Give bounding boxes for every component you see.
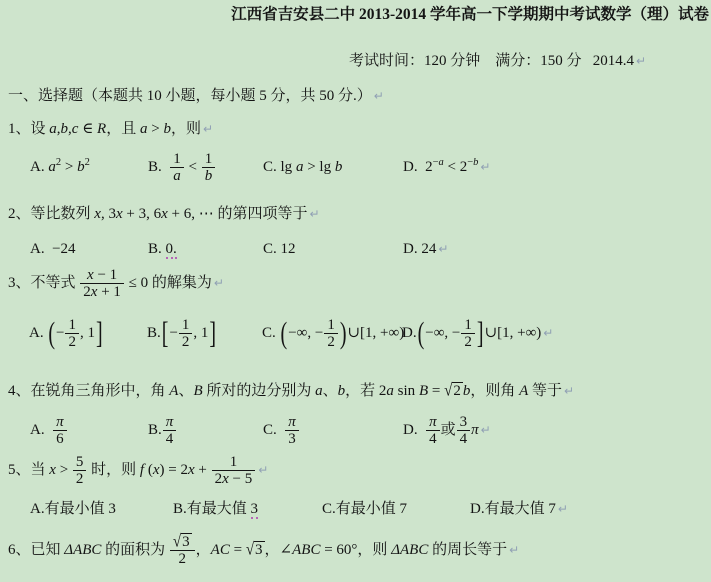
- numerator: 1: [202, 151, 216, 167]
- question-6-stem: 6、已知 ΔABC 的面积为 √32，AC = √3，∠ABC = 60°，则 …: [8, 534, 519, 567]
- fraction: 34: [456, 414, 472, 447]
- numerator: 1: [65, 317, 79, 333]
- denominator: 2: [324, 333, 338, 350]
- option-a: A. −24: [30, 240, 148, 259]
- paragraph-mark-icon: ↵: [481, 423, 491, 437]
- numerator: 1: [324, 317, 338, 333]
- denominator: 2: [73, 470, 87, 487]
- option-a: A. π6: [30, 414, 148, 447]
- option-b: B.π4: [148, 414, 263, 447]
- math-variable: a: [48, 159, 56, 175]
- superscript: −a: [433, 157, 444, 168]
- denominator: 4: [163, 430, 177, 447]
- math-variable: c: [72, 121, 79, 137]
- math-variable: B: [193, 383, 202, 399]
- math-variable: a: [296, 159, 304, 175]
- paragraph-mark-icon: ↵: [309, 207, 319, 221]
- denominator: 2: [65, 333, 79, 350]
- option-b: B. 0.: [148, 240, 263, 259]
- question-3-stem: 3、不等式 x − 12x + 1 ≤ 0 的解集为↵: [8, 267, 224, 300]
- option-d: D. π4或34π↵: [403, 414, 491, 447]
- denominator: 4: [426, 430, 440, 447]
- math-variable: x: [94, 206, 101, 222]
- question-5-options: A.有最小值 3B.有最大值 3C.有最小值 7D.有最大值 7↵: [30, 500, 568, 519]
- option-c: C. 12: [263, 240, 403, 259]
- denominator: 6: [53, 430, 67, 447]
- math-variable: b: [335, 159, 343, 175]
- math-variable: b: [61, 121, 69, 137]
- option-c: C. (−∞, −12)∪[1, +∞): [262, 317, 402, 350]
- fraction: 12: [323, 317, 339, 350]
- document-page: { "page": { "background_color": "#cee4cc…: [0, 0, 711, 582]
- question-1-options: A. a2 > b2B. 1a < 1bC. lg a > lg bD. 2−a…: [30, 151, 490, 184]
- fraction: 1a: [169, 151, 185, 184]
- math-variable: π: [471, 422, 479, 438]
- denominator: 3: [285, 430, 299, 447]
- question-1-stem: 1、设 a,b,c ∈ R，且 a > b，则↵: [8, 120, 213, 139]
- math-variable: b: [463, 383, 471, 399]
- numerator: 1: [170, 151, 184, 167]
- numerator: 1: [179, 317, 193, 333]
- paragraph-mark-icon: ↵: [564, 384, 574, 398]
- radicand: 3: [181, 533, 192, 550]
- math-variable: b: [338, 383, 346, 399]
- fraction: √32: [169, 534, 196, 567]
- paragraph-mark-icon: ↵: [636, 54, 646, 68]
- paragraph-mark-icon: ↵: [374, 89, 384, 103]
- numerator: √3: [170, 534, 195, 550]
- numerator: π: [426, 414, 440, 430]
- numerator: 1: [461, 317, 475, 333]
- big-delimiter: ]: [209, 317, 216, 348]
- math-variable: x: [87, 267, 94, 283]
- option-b: B. 1a < 1b: [148, 151, 263, 184]
- math-variable: x: [49, 462, 56, 478]
- option-c: C.有最小值 7: [322, 500, 470, 519]
- numerator: 5: [73, 454, 87, 470]
- section-heading: 一、选择题（本题共 10 小题，每小题 5 分，共 50 分.）↵: [8, 87, 384, 106]
- fraction: π4: [162, 414, 178, 447]
- big-delimiter: (: [418, 317, 425, 348]
- numerator: π: [285, 414, 299, 430]
- radical: √3: [173, 534, 192, 550]
- question-4-stem: 4、在锐角三角形中，角 A、B 所对的边分别为 a、b，若 2a sin B =…: [8, 382, 574, 401]
- radicand: 2: [452, 382, 463, 399]
- option-b: B.[−12, 1]: [147, 317, 262, 350]
- big-delimiter: (: [281, 317, 288, 348]
- spellcheck-underlined-text: 0.: [166, 241, 177, 259]
- exam-title: 江西省吉安县二中 2013-2014 学年高一下学期期中考试数学（理）试卷: [0, 5, 709, 24]
- option-a: A.有最小值 3: [30, 500, 173, 519]
- math-variable: ΔABC: [64, 542, 101, 558]
- big-delimiter: [: [162, 317, 169, 348]
- fraction: 12: [64, 317, 80, 350]
- math-variable: a: [315, 383, 323, 399]
- math-variable: π: [56, 414, 64, 430]
- fraction: 12: [460, 317, 476, 350]
- math-variable: A: [169, 383, 178, 399]
- math-variable: R: [97, 121, 106, 137]
- math-variable: a: [49, 121, 57, 137]
- fraction: 52: [72, 454, 88, 487]
- numerator: x − 1: [80, 267, 124, 283]
- paragraph-mark-icon: ↵: [543, 326, 553, 340]
- paragraph-mark-icon: ↵: [438, 242, 448, 256]
- denominator: 2x + 1: [80, 283, 124, 300]
- numerator: π: [53, 414, 67, 430]
- option-c: C. lg a > lg b: [263, 158, 403, 177]
- big-delimiter: ): [340, 317, 347, 348]
- math-variable: f: [140, 462, 144, 478]
- paragraph-mark-icon: ↵: [214, 276, 224, 290]
- math-variable: b: [205, 168, 213, 184]
- math-variable: x: [91, 284, 98, 300]
- radical: √2: [444, 383, 463, 399]
- option-d: D. 2−a < 2−b↵: [403, 158, 490, 177]
- math-variable: a: [140, 121, 148, 137]
- math-variable: x: [161, 206, 168, 222]
- math-variable: AC: [211, 542, 230, 558]
- question-3-options: A. (−12, 1]B.[−12, 1]C. (−∞, −12)∪[1, +∞…: [29, 317, 553, 350]
- math-variable: b: [473, 157, 478, 168]
- fraction: 12: [178, 317, 194, 350]
- question-4-options: A. π6B.π4C. π3D. π4或34π↵: [30, 414, 491, 447]
- math-variable: b: [163, 121, 171, 137]
- fraction: x − 12x + 1: [79, 267, 125, 300]
- question-2-options: A. −24B. 0.C. 12D. 24↵: [30, 240, 448, 259]
- fraction: π6: [52, 414, 68, 447]
- spellcheck-underlined-text: 3: [251, 501, 259, 519]
- math-variable: π: [288, 414, 296, 430]
- radical: √3: [246, 542, 265, 558]
- math-variable: π: [429, 414, 437, 430]
- math-variable: ΔABC: [391, 542, 428, 558]
- option-a: A. (−12, 1]: [29, 317, 147, 350]
- option-b: B.有最大值 3: [173, 500, 322, 519]
- paragraph-mark-icon: ↵: [203, 122, 213, 136]
- denominator: b: [202, 167, 216, 184]
- question-5-stem: 5、当 x > 52 时，则 f (x) = 2x + 12x − 5↵: [8, 454, 268, 487]
- big-delimiter: ]: [477, 317, 484, 348]
- fraction: 1b: [201, 151, 217, 184]
- math-variable: x: [188, 462, 195, 478]
- paragraph-mark-icon: ↵: [258, 463, 268, 477]
- denominator: 4: [457, 430, 471, 447]
- numerator: 1: [212, 454, 256, 470]
- paragraph-mark-icon: ↵: [480, 160, 490, 174]
- math-variable: ABC: [292, 542, 320, 558]
- option-d: D.(−∞, −12]∪[1, +∞)↵: [402, 317, 553, 350]
- fraction: 12x − 5: [211, 454, 257, 487]
- denominator: 2: [461, 333, 475, 350]
- math-variable: a: [173, 168, 181, 184]
- math-variable: b: [77, 159, 85, 175]
- superscript: −b: [467, 157, 478, 168]
- math-variable: B: [419, 383, 428, 399]
- option-a: A. a2 > b2: [30, 158, 148, 177]
- numerator: 3: [457, 414, 471, 430]
- math-variable: a: [386, 383, 394, 399]
- fraction: π3: [284, 414, 300, 447]
- denominator: a: [170, 167, 184, 184]
- denominator: 2: [170, 550, 195, 567]
- numerator: π: [163, 414, 177, 430]
- question-2-stem: 2、等比数列 x, 3x + 3, 6x + 6, ⋯ 的第四项等于↵: [8, 205, 320, 224]
- paragraph-mark-icon: ↵: [509, 543, 519, 557]
- big-delimiter: (: [48, 317, 55, 348]
- fraction: π4: [425, 414, 441, 447]
- paragraph-mark-icon: ↵: [558, 502, 568, 516]
- denominator: 2: [179, 333, 193, 350]
- math-variable: A: [519, 383, 528, 399]
- radical-sign: √: [444, 381, 452, 403]
- denominator: 2x − 5: [212, 470, 256, 487]
- radical-sign: √: [173, 533, 181, 551]
- math-variable: x: [116, 206, 123, 222]
- radical-sign: √: [246, 540, 254, 562]
- big-delimiter: ]: [96, 317, 103, 348]
- math-variable: π: [166, 414, 174, 430]
- superscript: 2: [56, 157, 61, 168]
- radicand: 3: [254, 541, 265, 558]
- math-variable: x: [153, 462, 160, 478]
- option-c: C. π3: [263, 414, 403, 447]
- exam-info: 考试时间：120 分钟 满分：150 分 2014.4↵: [349, 52, 646, 71]
- math-variable: a: [439, 157, 444, 168]
- option-d: D. 24↵: [403, 240, 448, 259]
- option-d: D.有最大值 7↵: [470, 500, 568, 519]
- superscript: 2: [85, 157, 90, 168]
- math-variable: x: [222, 471, 229, 487]
